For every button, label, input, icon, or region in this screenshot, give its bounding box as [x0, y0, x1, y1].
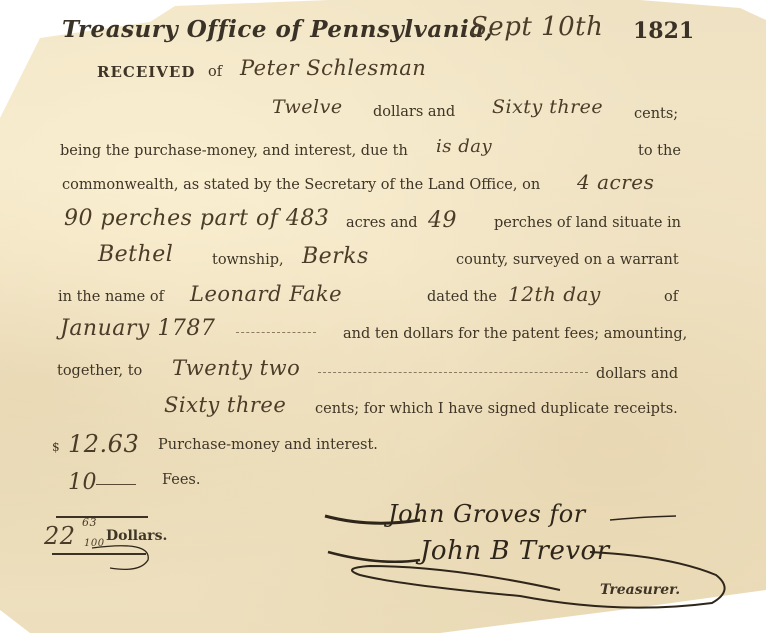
signature-flourish-icon: [0, 0, 766, 633]
signature-line-1: John Groves for: [388, 500, 586, 528]
treasurer-label: Treasurer.: [600, 582, 680, 598]
signature-line-2: John B Trevor: [420, 536, 610, 566]
